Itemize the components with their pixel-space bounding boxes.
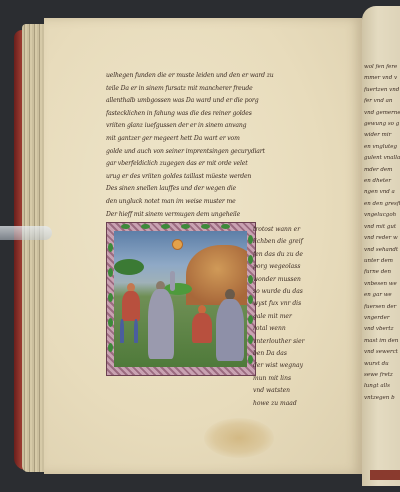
border-leaf-icon [108,343,113,352]
text-line: fen das du zu de [253,249,339,261]
text-line: so wurde du das [253,286,339,298]
border-leaf-icon [108,268,113,277]
text-line: en dheter [364,176,400,187]
text-line: lichben die greif [253,236,339,248]
text-line: wol fen fere [364,62,400,73]
text-line: den ungluck notet man im weise muster me [106,196,338,209]
text-line: en den gresft [364,199,400,210]
text-line: mit gantzer ger megeert hett Da wart er … [106,133,338,146]
text-line: allenthalb umbgossen was Da ward und er … [106,95,338,108]
side-text-block: trotost wann er lichben die greif fen da… [253,224,339,410]
sun-icon [172,239,183,250]
text-line: mder dem [364,165,400,176]
parchment-stain [204,418,274,458]
recto-binding-edge [370,470,400,480]
border-leaf-icon [201,224,210,229]
text-line: der wist wegnay [253,360,339,372]
text-line: ngen vnd a [364,187,400,198]
text-line: uelhegen funden die er muste leiden und … [106,70,338,83]
text-line: gewung so g [364,119,400,130]
text-line: gar vberfeldiclich zugegen das er mit or… [106,158,338,171]
text-line: vntzegen b [364,393,400,404]
text-line: fer vnd an [364,96,400,107]
page-holder-clip [0,226,52,240]
text-line: vnd reder w [364,233,400,244]
recto-text-block: wol fen fere mmer vnd v fuertzen vnd fer… [364,62,400,404]
text-line: mast im den [364,336,400,347]
text-line: vnterlouther sier [253,336,339,348]
border-leaf-icon [181,224,190,229]
text-line: furne den [364,267,400,278]
figure-leg [120,319,124,343]
text-line: wider mir [364,130,400,141]
text-line: lungt alls [364,381,400,392]
text-line: Der hieff mit sinem vermugen dem ungehei… [106,209,338,222]
text-line: vnd watsten [253,385,339,397]
border-leaf-icon [221,224,230,229]
text-line: fastecklichen in fahung was die des rein… [106,108,338,121]
text-line: fuertzen vnd [364,85,400,96]
text-line: howe zu maad [253,398,339,410]
text-line: vriiten glanz iuefgussen der er in sinem… [106,120,338,133]
tree [114,259,144,275]
miniature-scene [114,231,247,367]
figure-kneeling-youth [192,313,212,343]
text-line: unter dem [364,256,400,267]
figure-bearded-man-seated [216,299,244,361]
text-line: rotal wenn [253,323,339,335]
text-line: vnd gemerner [364,108,400,119]
text-line: golde und auch von seiner imprentsingen … [106,146,338,159]
figure-bearded-man-standing [148,289,174,359]
text-line: vnd sehandt [364,245,400,256]
text-line: wyst fux vnr dis [253,298,339,310]
border-leaf-icon [121,224,130,229]
text-line: sewe fretz [364,370,400,381]
text-line: ben Da das [253,348,339,360]
hill [186,245,247,305]
text-line: vnd mit gut [364,222,400,233]
text-line: gale mit mer [253,311,339,323]
illuminated-miniature [106,222,256,376]
text-line: porg wegeolass [253,261,339,273]
text-line: vnbesen we [364,279,400,290]
border-leaf-icon [108,293,113,302]
text-line: fuersen der [364,302,400,313]
text-line: vngelucgoh [364,210,400,221]
text-line: Des sinen snellen lauffes und der wegen … [106,183,338,196]
text-line: wonder mussen [253,274,339,286]
text-line: mmer vnd v [364,73,400,84]
text-line: vngerder [364,313,400,324]
text-line: wurst du [364,359,400,370]
text-line: vnd sewerct [364,347,400,358]
text-line: en vngluteg [364,142,400,153]
border-leaf-icon [108,318,113,327]
text-line: trotost wann er [253,224,339,236]
text-line: urug er des vriiten goldes taillast mües… [106,171,338,184]
figure-leg [134,319,138,343]
text-line: vnd vbertz [364,324,400,335]
figure-young-man [122,291,140,321]
figure-raised-arm [170,271,175,291]
border-leaf-icon [161,224,170,229]
text-line: gulent vnalla [364,153,400,164]
border-leaf-icon [108,243,113,252]
border-leaf-icon [141,224,150,229]
text-line: teile Da er in sinem fursatz mit mancher… [106,83,338,96]
text-line: en gar we [364,290,400,301]
text-line: mun mit lins [253,373,339,385]
